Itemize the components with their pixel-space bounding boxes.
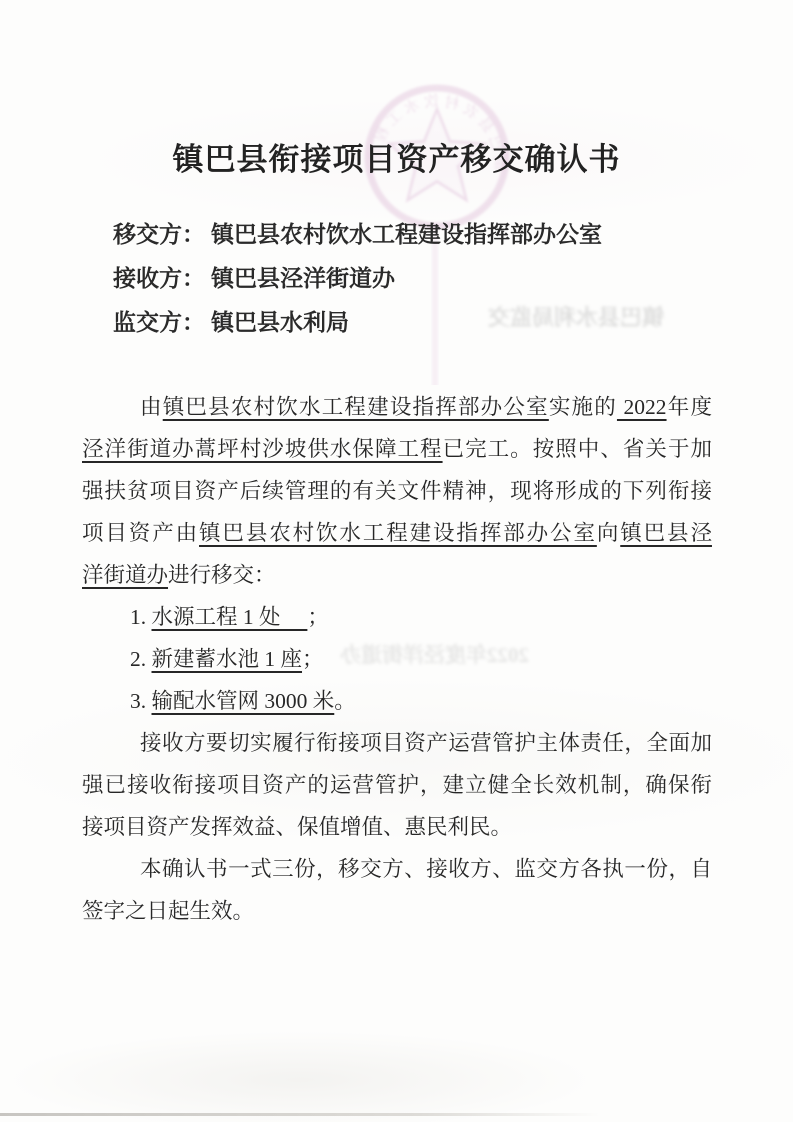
underlined-segment: 洋街道办: [82, 563, 168, 587]
text-segment: 。: [334, 689, 356, 713]
body-line: 由镇巴县农村饮水工程建设指挥部办公室实施的 2022年度: [82, 386, 712, 428]
underlined-segment: 新建蓄水池 1 座: [152, 647, 303, 671]
party-row-receiver: 接收方：镇巴县泾洋街道办: [113, 257, 602, 301]
text-segment: 实施的: [549, 395, 617, 419]
body-text: 由镇巴县农村饮水工程建设指挥部办公室实施的 2022年度泾洋街道办蒿坪村沙坡供水…: [82, 386, 712, 932]
document-title: 镇巴县衔接项目资产移交确认书: [0, 134, 793, 179]
text-segment: 接项目资产发挥效益、保值增值、惠民利民。: [82, 815, 512, 839]
underlined-segment: 镇巴县农村饮水工程建设指挥部办公室: [163, 395, 549, 419]
underlined-segment: 输配水管网 3000 米: [152, 689, 335, 713]
party-value: 镇巴县泾洋街道办: [211, 257, 395, 301]
body-line: 本确认书一式三份，移交方、接收方、监交方各执一份，自: [82, 848, 712, 890]
underlined-segment: 镇巴县农村饮水工程建设指挥部办公室: [199, 521, 597, 545]
body-line: 泾洋街道办蒿坪村沙坡供水保障工程已完工。按照中、省关于加: [82, 428, 712, 470]
body-line: 签字之日起生效。: [82, 890, 712, 932]
text-segment: 已完工。按照中、省关于加: [443, 437, 712, 461]
party-value: 镇巴县农村饮水工程建设指挥部办公室: [211, 213, 602, 257]
scanned-document-page: 镇巴县农村饮水工程建设指挥部 镇巴县水利局监交 2022年度泾洋街道办 镇巴县衔…: [0, 0, 793, 1122]
body-line: 3. 输配水管网 3000 米。: [82, 680, 712, 722]
party-label: 接收方：: [113, 257, 205, 301]
text-segment: ；: [307, 605, 329, 629]
text-segment: 年度: [667, 395, 712, 419]
body-line: 强扶贫项目资产后续管理的有关文件精神，现将形成的下列衔接: [82, 470, 712, 512]
body-line: 项目资产由镇巴县农村饮水工程建设指挥部办公室向镇巴县泾: [82, 512, 712, 554]
underlined-segment: 镇巴县泾: [620, 521, 712, 545]
body-line: 1. 水源工程 1 处 ；: [82, 596, 712, 638]
text-segment: 签字之日起生效。: [82, 899, 254, 923]
text-segment: 接收方要切实履行衔接项目资产运营管护主体责任，全面加: [140, 731, 712, 755]
scan-edge-artifact: [0, 1113, 600, 1116]
text-segment: 向: [597, 521, 620, 545]
text-segment: 2.: [130, 647, 152, 671]
party-value: 镇巴县水利局: [211, 301, 349, 345]
text-segment: 强扶贫项目资产后续管理的有关文件精神，现将形成的下列衔接: [82, 479, 712, 503]
text-segment: 项目资产由: [82, 521, 199, 545]
text-segment: 强已接收衔接项目资产的运营管护，建立健全长效机制，确保衔: [82, 773, 712, 797]
text-segment: 本确认书一式三份，移交方、接收方、监交方各执一份，自: [140, 857, 712, 881]
text-segment: 1.: [130, 605, 152, 629]
underlined-segment: 水源工程 1 处: [152, 605, 308, 629]
party-row-supervisor: 监交方：镇巴县水利局: [113, 301, 602, 345]
text-segment: 由: [140, 395, 163, 419]
body-line: 洋街道办进行移交：: [82, 554, 712, 596]
party-label: 移交方：: [113, 213, 205, 257]
body-line: 强已接收衔接项目资产的运营管护，建立健全长效机制，确保衔: [82, 764, 712, 806]
text-segment: 3.: [130, 689, 152, 713]
underlined-segment: 泾洋街道办蒿坪村沙坡供水保障工程: [82, 437, 443, 461]
body-line: 2. 新建蓄水池 1 座；: [82, 638, 712, 680]
underlined-segment: 2022: [617, 395, 667, 419]
party-label: 监交方：: [113, 301, 205, 345]
body-line: 接项目资产发挥效益、保值增值、惠民利民。: [82, 806, 712, 848]
text-segment: ；: [302, 647, 324, 671]
text-segment: 进行移交：: [168, 563, 276, 587]
parties-block: 移交方：镇巴县农村饮水工程建设指挥部办公室 接收方：镇巴县泾洋街道办 监交方：镇…: [113, 213, 602, 345]
party-row-transferor: 移交方：镇巴县农村饮水工程建设指挥部办公室: [113, 213, 602, 257]
body-line: 接收方要切实履行衔接项目资产运营管护主体责任，全面加: [82, 722, 712, 764]
